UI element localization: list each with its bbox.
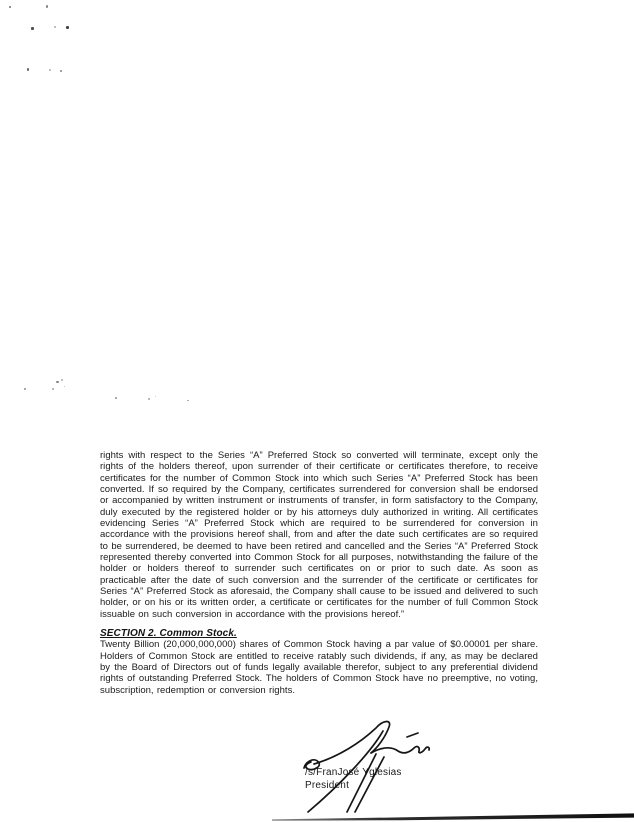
signature-double-slash-2 — [355, 757, 384, 812]
signature-name-line: /s/FranJosé Yglesias — [305, 767, 402, 778]
section-2-heading: SECTION 2. Common Stock. — [100, 628, 538, 639]
continuation-paragraph: rights with respect to the Series “A” Pr… — [100, 450, 538, 620]
scan-speck — [64, 386, 65, 387]
scan-speck — [46, 5, 48, 8]
scan-edge-line — [272, 813, 634, 820]
scan-speck — [66, 26, 69, 29]
signature-dash — [407, 733, 418, 737]
scan-speck — [155, 396, 156, 397]
scan-speck — [60, 70, 62, 72]
scanned-document-page: rights with respect to the Series “A” Pr… — [0, 0, 634, 822]
document-text-block: rights with respect to the Series “A” Pr… — [100, 450, 538, 696]
scan-speck — [148, 398, 150, 400]
scan-speck — [49, 69, 51, 71]
scan-speck — [56, 381, 59, 383]
scan-speck — [24, 388, 26, 390]
section-2-paragraph: Twenty Billion (20,000,000,000) shares o… — [100, 639, 538, 696]
scan-speck — [54, 26, 56, 28]
scan-speck — [31, 27, 34, 30]
scan-speck — [187, 400, 189, 401]
signature-double-slash-1 — [347, 754, 376, 812]
scan-speck — [52, 388, 54, 390]
signature-tail — [371, 747, 429, 753]
signature-title-line: President — [305, 780, 349, 791]
scan-speck — [61, 379, 63, 381]
scan-speck — [115, 397, 117, 399]
scan-speck — [9, 6, 11, 8]
signature-ink — [0, 0, 634, 822]
signature-sweep — [314, 721, 390, 764]
scan-speck — [27, 68, 29, 71]
